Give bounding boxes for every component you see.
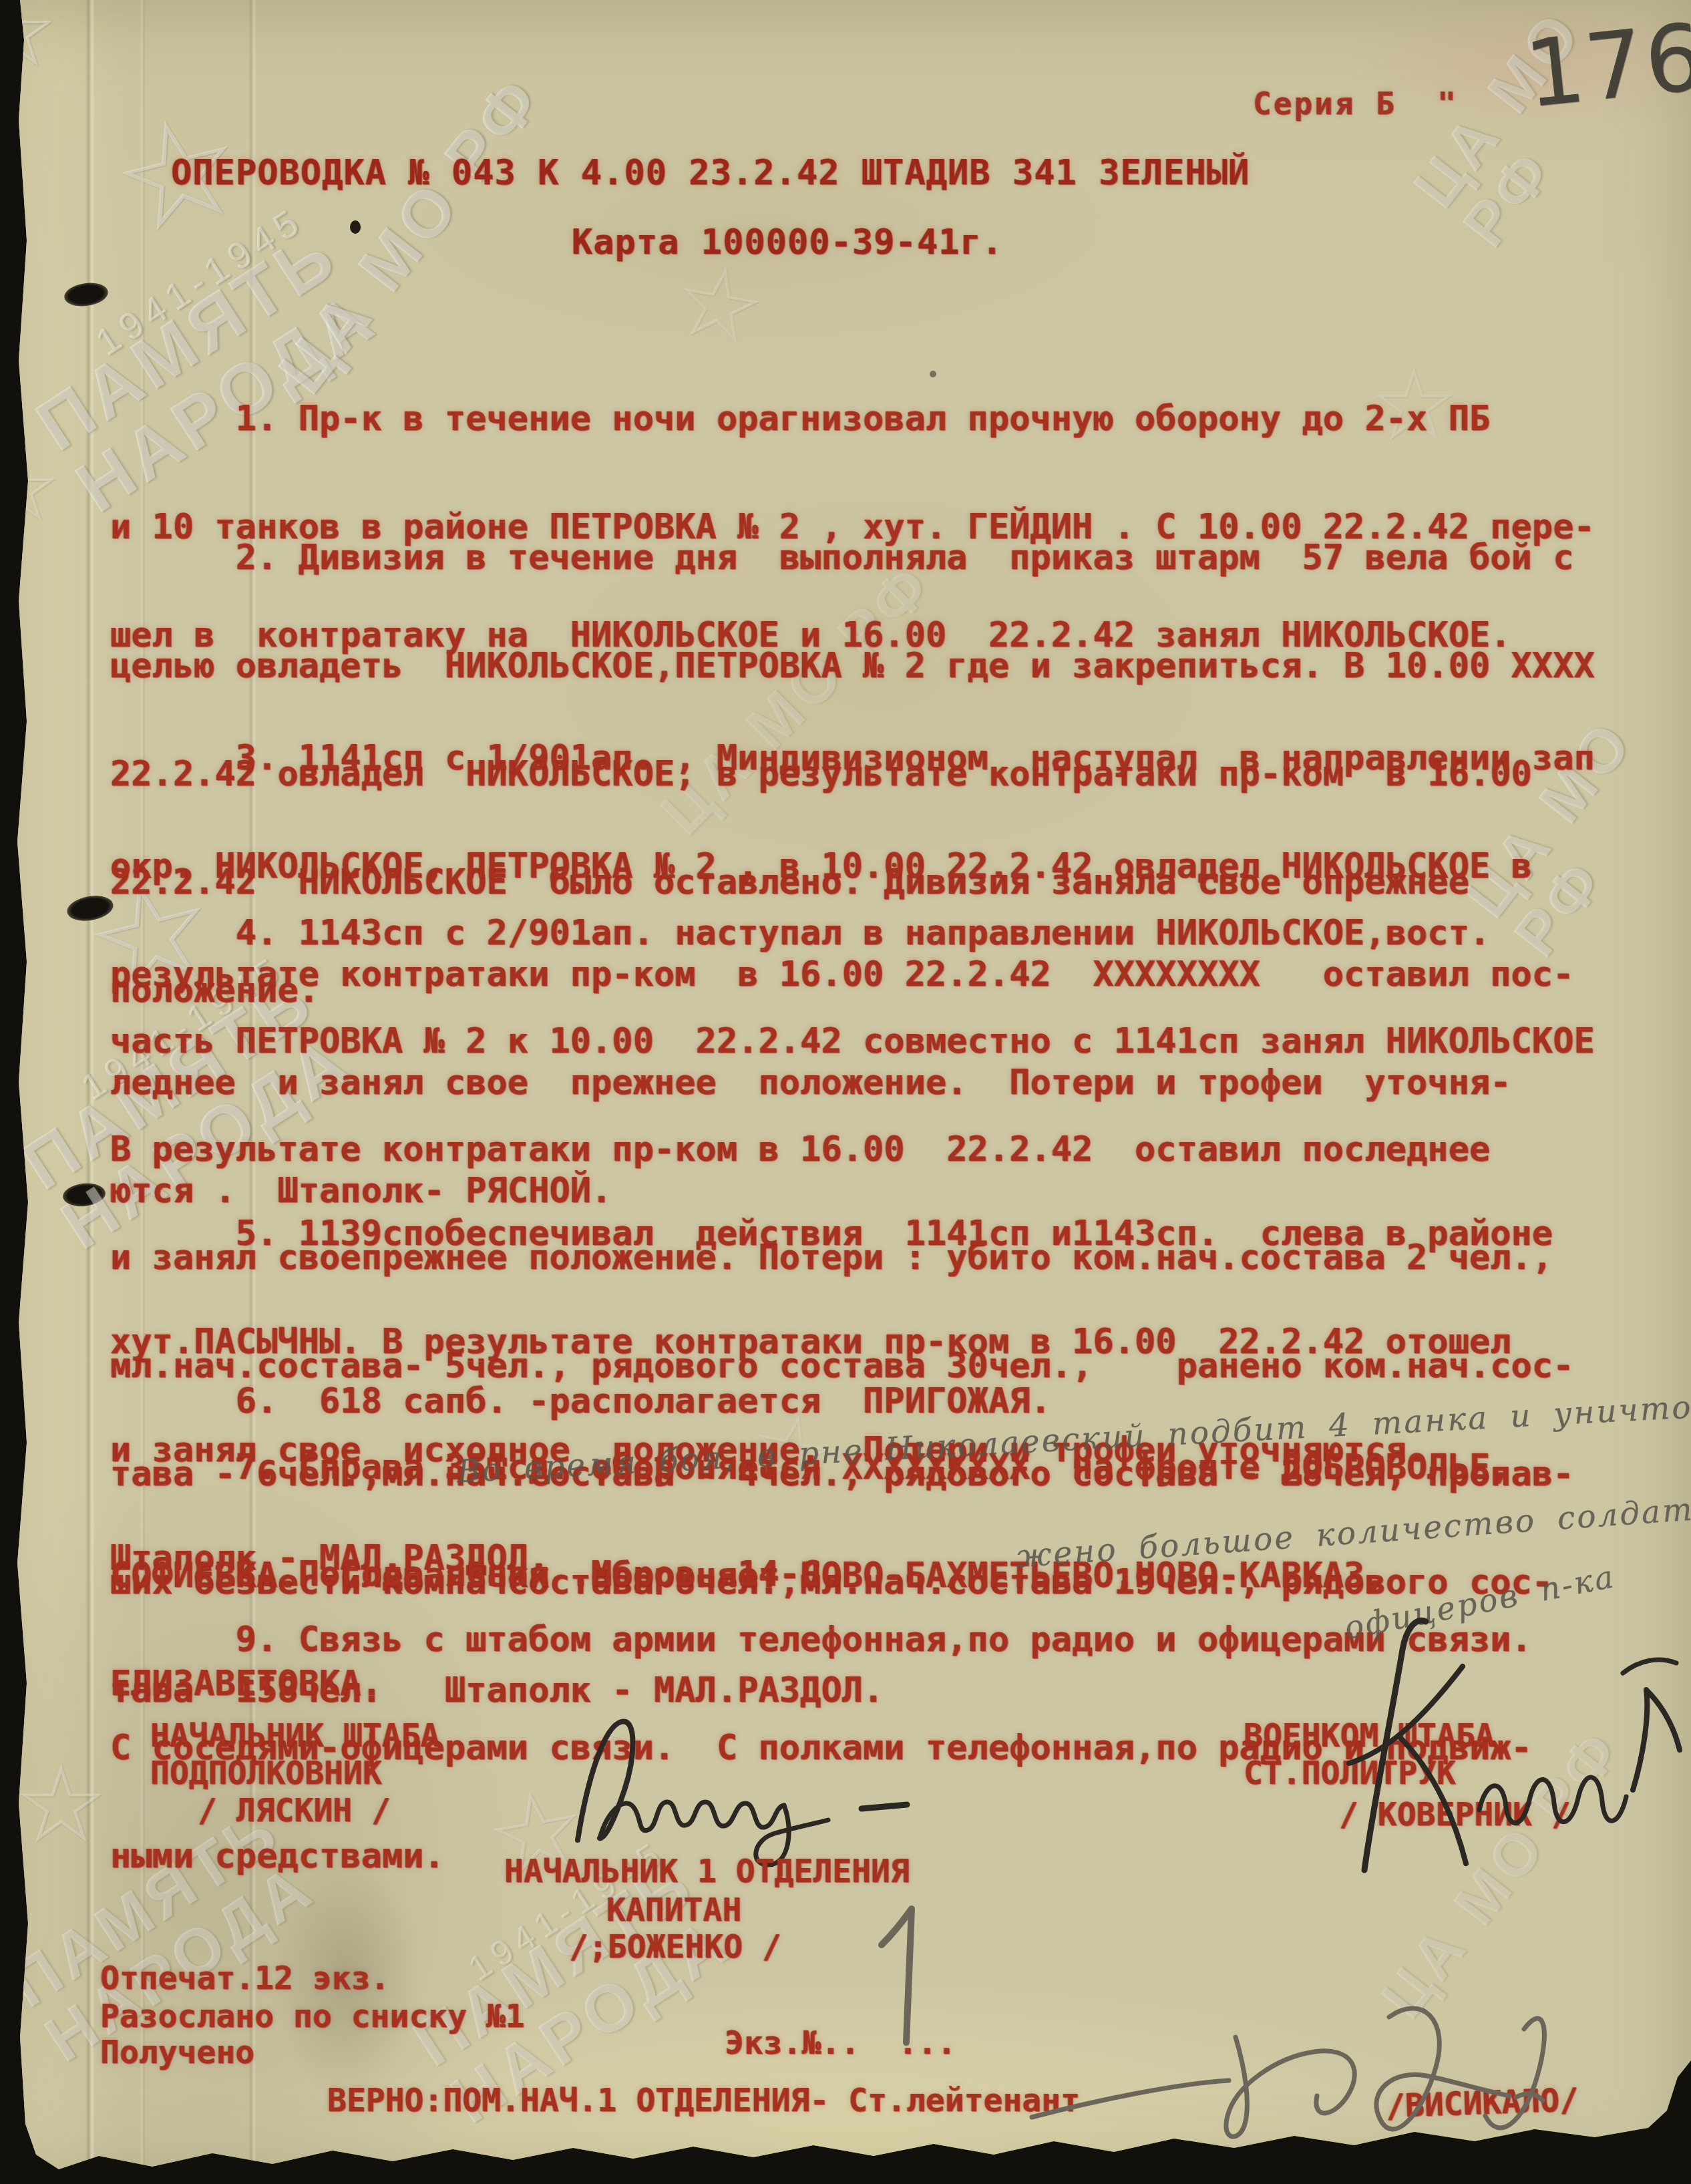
- punch-hole: [61, 1181, 106, 1209]
- footer-distributed: Разослано по сниску №1: [100, 1998, 525, 2034]
- signature-name-lyaskin: / ЛЯСКИН /: [198, 1793, 391, 1829]
- page-number: 176: [1520, 3, 1691, 128]
- paragraph-line: 9. Связь с штабом армии телефонная,по ра…: [110, 1622, 1532, 1658]
- paper-sheet: ☆ ☆ 1941-1945 ПАМЯТЬ НАРОДА ЦА МО РФ ЦА …: [0, 0, 1691, 2184]
- paragraph-line: 3. 1141сп с 1/901ап. , Миндивизионом нас…: [110, 740, 1595, 776]
- paragraph-line: 4. 1143сп с 2/901ап. наступал в направле…: [110, 915, 1595, 951]
- paragraph-line: 1. Пр-к в течение ночи орагнизовал прочн…: [110, 401, 1595, 437]
- signature-certifier-handwritten: [1015, 1990, 1549, 2164]
- signature-rank-chief-of-staff: ПОДПОЛКОВНИК: [150, 1755, 382, 1791]
- footer-printed-copies: Отпечат.12 экз.: [100, 1960, 389, 1996]
- paragraph-line: 2. Дивизия в течение дня выполняла прика…: [110, 540, 1595, 576]
- signature-name-bozhenko: /;БОЖЕНКО /: [569, 1929, 781, 1965]
- footer-copy-line: Экз.№.. ...: [725, 2025, 956, 2061]
- document-scan: ☆ ☆ 1941-1945 ПАМЯТЬ НАРОДА ЦА МО РФ ЦА …: [0, 0, 1691, 2184]
- paragraph-line: 5. 1139спобеспечивал действия 1141сп и11…: [110, 1216, 1553, 1252]
- paragraph-line: часть ПЕТРОВКА № 2 к 10.00 22.2.42 совме…: [110, 1023, 1595, 1059]
- punch-hole: [65, 892, 115, 924]
- signature-title-section-chief: НАЧАЛЬНИК 1 ОТДЕЛЕНИЯ: [504, 1853, 910, 1889]
- signature-rank-section-chief: КАПИТАН: [606, 1892, 741, 1928]
- star-icon: ☆: [0, 441, 61, 536]
- series-label: Серия Б ": [1253, 85, 1458, 122]
- certifier-name-visikalo: /ВИСИКАЛО/: [1385, 2082, 1579, 2125]
- footer-received: Получено: [100, 2034, 254, 2070]
- report-title: ОПЕРОВОДКА № 043 К 4.00 23.2.42 ШТАДИВ 3…: [171, 155, 1250, 191]
- certified-line: ВЕРНО:ПОМ.НАЧ.1 ОТДЕЛЕНИЯ- Ст.лейтенант: [327, 2082, 1080, 2119]
- signature-title-chief-of-staff: НАЧАЛЬНИК ШТАБА: [150, 1718, 439, 1754]
- punch-hole: [63, 281, 110, 309]
- map-reference: Карта 100000-39-41г.: [572, 224, 1003, 260]
- signature-name-kovernik: / КОВЕРНИК /: [1339, 1797, 1571, 1833]
- ink-speck: [350, 220, 361, 234]
- star-icon: ☆: [13, 1750, 109, 1859]
- signature-title-commissar: ВОЕНКОМ ШТАБА: [1244, 1718, 1495, 1754]
- star-icon: ☆: [0, 0, 59, 82]
- paper-crease: [85, 0, 95, 2184]
- signature-rank-commissar: СТ.ПОЛИТРУК: [1244, 1755, 1456, 1791]
